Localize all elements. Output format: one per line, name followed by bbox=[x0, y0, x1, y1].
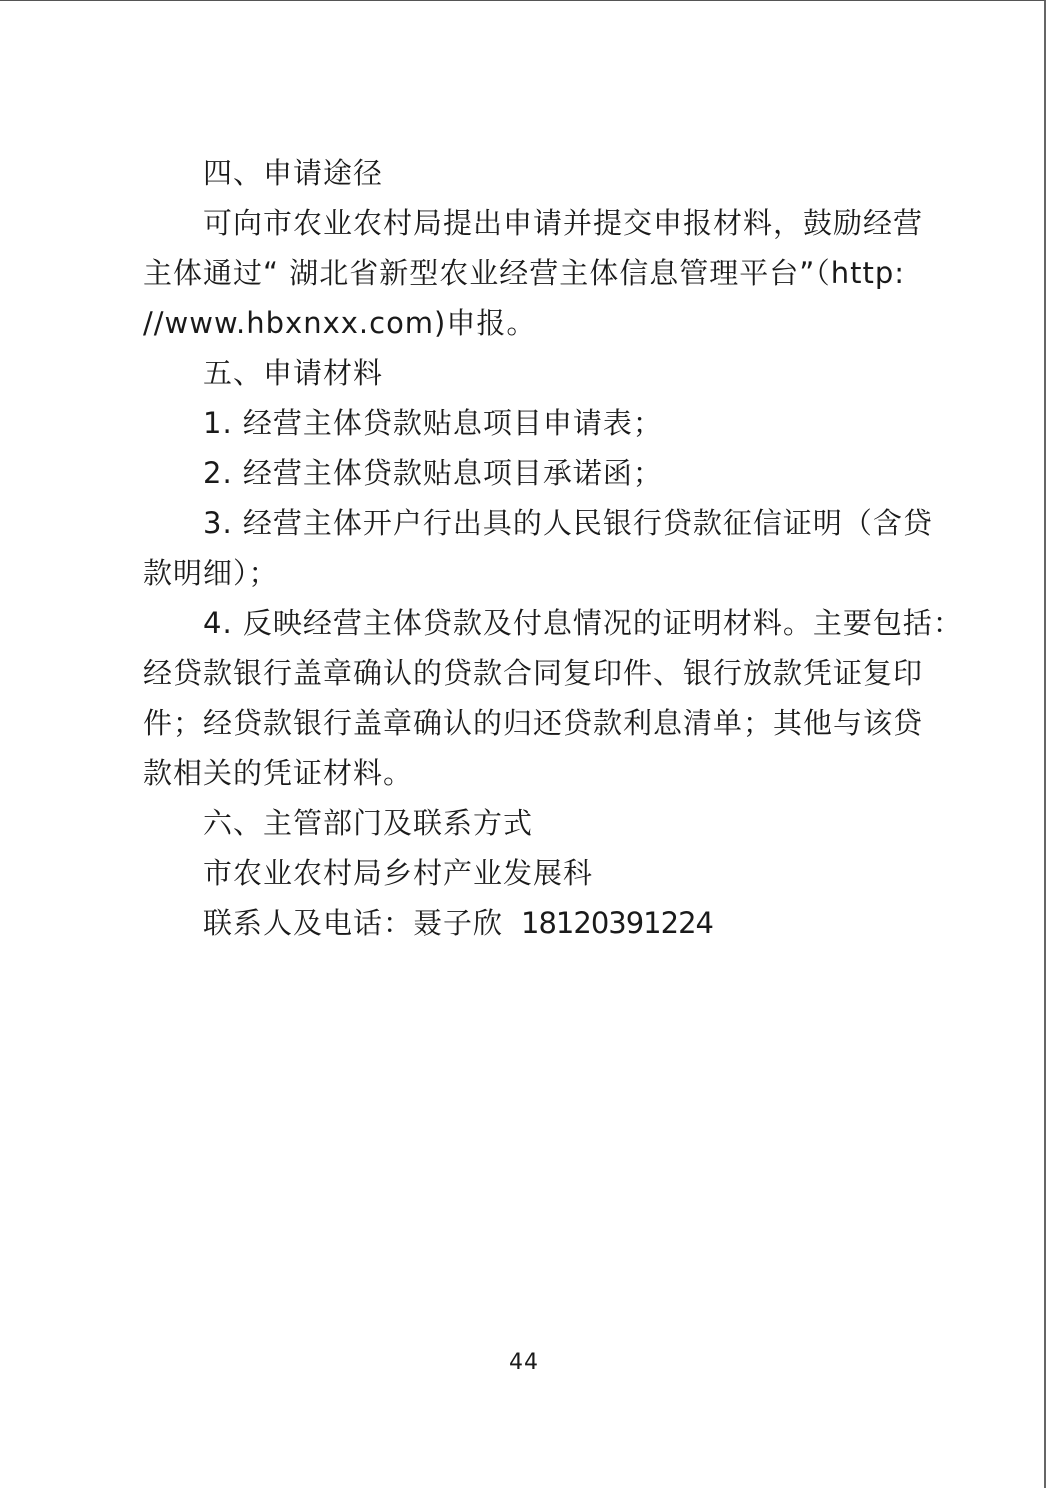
paragraph-line: //www.hbxnxx.com)申报。 bbox=[143, 305, 536, 341]
section-heading-application-materials: 五、申请材料 bbox=[203, 355, 383, 391]
contact-person: 联系人及电话：聂子欣 bbox=[203, 906, 503, 940]
paragraph-line: 主体通过“ 湖北省新型农业经营主体信息管理平台”（http: bbox=[143, 255, 905, 291]
list-item: 4. 反映经营主体贷款及付息情况的证明材料。主要包括： bbox=[203, 605, 963, 641]
page-number: 44 bbox=[0, 1349, 1048, 1377]
department-name: 市农业农村局乡村产业发展科 bbox=[203, 855, 593, 891]
list-item-continuation: 款明细）； bbox=[143, 555, 279, 591]
document-page: 四、申请途径 可向市农业农村局提出申请并提交申报材料，鼓励经营 主体通过“ 湖北… bbox=[0, 0, 1046, 1488]
list-item: 3. 经营主体开户行出具的人民银行贷款征信证明（含贷 bbox=[203, 505, 933, 541]
list-item: 2. 经营主体贷款贴息项目承诺函； bbox=[203, 455, 663, 491]
section-heading-contact: 六、主管部门及联系方式 bbox=[203, 805, 533, 841]
list-item-continuation: 经贷款银行盖章确认的贷款合同复印件、银行放款凭证复印 bbox=[143, 655, 923, 691]
contact-phone: 18120391224 bbox=[521, 906, 713, 940]
section-heading-application-channel: 四、申请途径 bbox=[203, 155, 383, 191]
list-item-continuation: 款相关的凭证材料。 bbox=[143, 755, 413, 791]
list-item: 1. 经营主体贷款贴息项目申请表； bbox=[203, 405, 663, 441]
list-item-continuation: 件；经贷款银行盖章确认的归还贷款利息清单；其他与该贷 bbox=[143, 705, 923, 741]
contact-line: 联系人及电话：聂子欣18120391224 bbox=[203, 905, 713, 941]
paragraph-line: 可向市农业农村局提出申请并提交申报材料，鼓励经营 bbox=[203, 205, 923, 241]
